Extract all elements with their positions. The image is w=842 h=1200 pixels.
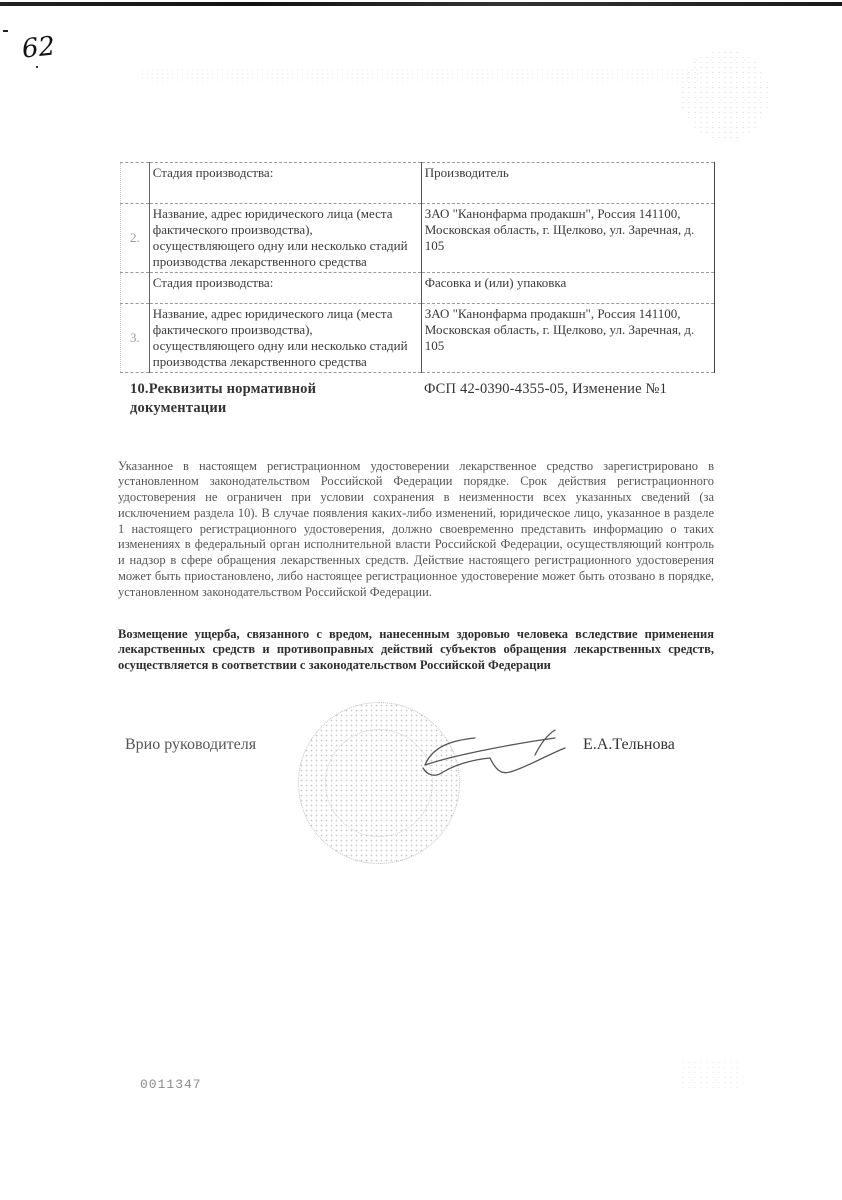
row-number	[121, 273, 150, 304]
faint-stamp-bleedthrough	[680, 50, 770, 140]
row-label: Название, адрес юридического лица (места…	[149, 204, 421, 273]
scan-top-border	[0, 2, 842, 6]
handwritten-page-number: 62	[21, 31, 57, 64]
row-number: 2.	[121, 204, 150, 273]
scan-dot	[36, 66, 38, 68]
form-serial-number: 0011347	[140, 1077, 202, 1092]
production-stages-table: Стадия производства: Производитель 2. На…	[120, 162, 715, 373]
table-row: Стадия производства: Фасовка и (или) упа…	[121, 273, 715, 304]
scan-mark	[3, 30, 8, 32]
row-value: ЗАО "Канонфарма продакшн", Россия 141100…	[421, 204, 714, 273]
row-value: Производитель	[421, 163, 714, 204]
handwritten-signature-icon	[415, 720, 585, 790]
table-row: 3. Название, адрес юридического лица (ме…	[121, 304, 715, 373]
registration-paragraph: Указанное в настоящем регистрационном уд…	[118, 459, 714, 601]
compensation-paragraph: Возмещение ущерба, связанного с вредом, …	[118, 627, 714, 674]
table-row: Стадия производства: Производитель	[121, 163, 715, 204]
signatory-name: Е.А.Тельнова	[583, 736, 675, 754]
row-value: ЗАО "Канонфарма продакшн", Россия 141100…	[421, 304, 714, 373]
row-label: Стадия производства:	[149, 163, 421, 204]
row-number: 3.	[121, 304, 150, 373]
faint-bleedthrough-text	[140, 68, 700, 82]
row-number	[121, 163, 150, 204]
row-label: Стадия производства:	[149, 273, 421, 304]
signatory-title: Врио руководителя	[125, 736, 256, 754]
row-value: Фасовка и (или) упаковка	[421, 273, 714, 304]
section-10-label: 10.Реквизиты нормативной документации	[130, 380, 390, 418]
section-10-value: ФСП 42-0390-4355-05, Изменение №1	[424, 380, 667, 399]
table-row: 2. Название, адрес юридического лица (ме…	[121, 204, 715, 273]
row-label: Название, адрес юридического лица (места…	[149, 304, 421, 373]
faint-scan-noise	[680, 1060, 740, 1090]
